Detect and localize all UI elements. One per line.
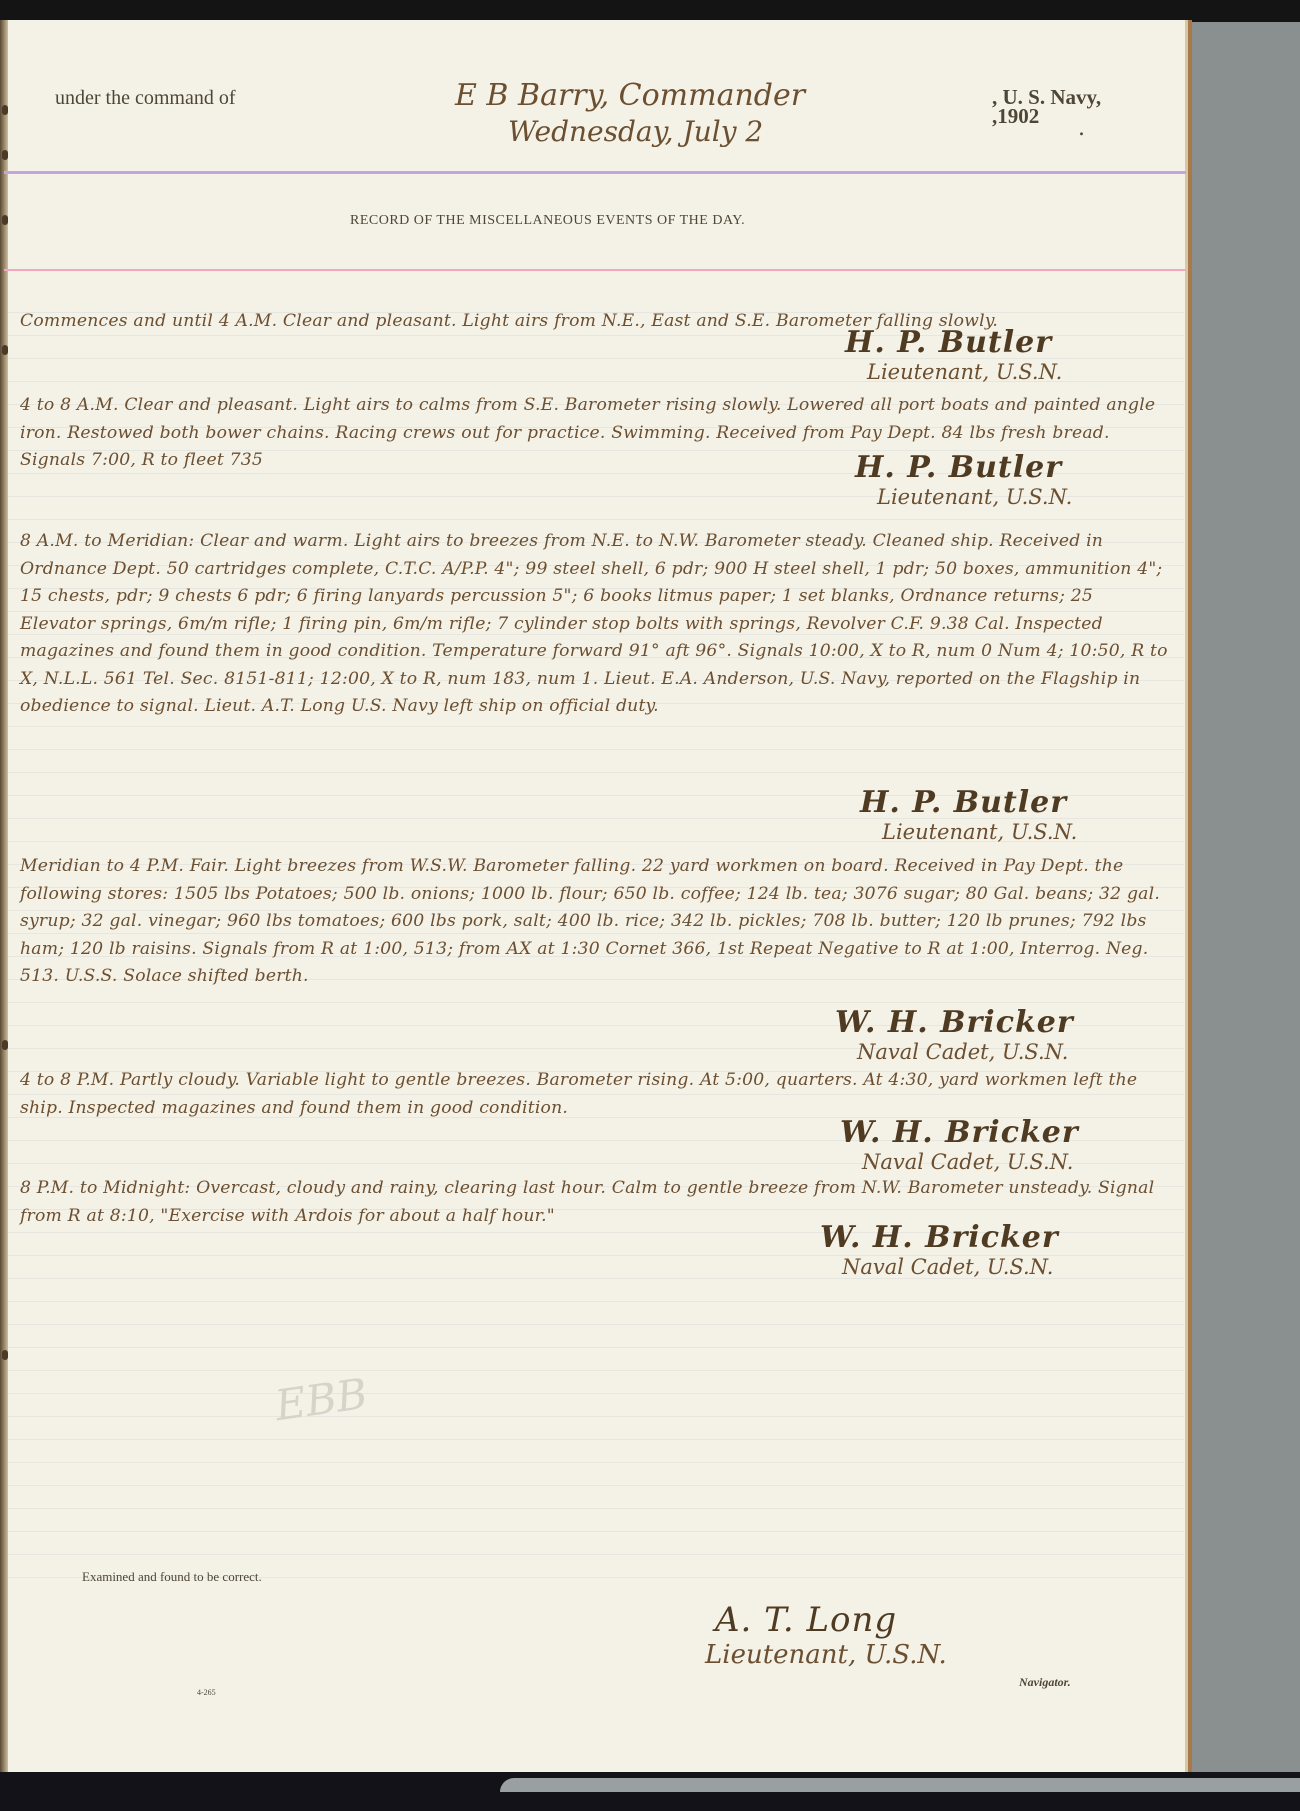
watch-signature: W. H. Bricker Naval Cadet, U.S.N. <box>835 1005 1074 1064</box>
navigator-name: A. T. Long <box>715 1600 947 1640</box>
top-shadow <box>0 0 1300 22</box>
signature-name: W. H. Bricker <box>840 1115 1079 1150</box>
header-rule <box>4 171 1186 174</box>
navigator-signature: A. T. Long Lieutenant, U.S.N. <box>705 1600 947 1670</box>
signature-name: W. H. Bricker <box>835 1005 1074 1040</box>
signature-name: H. P. Butler <box>845 325 1062 360</box>
signature-name: W. H. Bricker <box>820 1220 1059 1255</box>
navigator-rank: Lieutenant, U.S.N. <box>705 1640 947 1670</box>
watch-signature: H. P. Butler Lieutenant, U.S.N. <box>855 450 1072 509</box>
watch-signature: H. P. Butler Lieutenant, U.S.N. <box>845 325 1062 384</box>
year-label: ,1902 <box>992 104 1039 129</box>
under-page <box>500 1778 1300 1792</box>
watch-signature: W. H. Bricker Naval Cadet, U.S.N. <box>820 1220 1059 1279</box>
watch-entry: 4 to 8 P.M. Partly cloudy. Variable ligh… <box>20 1067 1170 1122</box>
signature-rank: Lieutenant, U.S.N. <box>882 820 1077 844</box>
command-label: under the command of <box>55 87 236 110</box>
year-dot: . <box>1078 116 1085 141</box>
watch-entry: Meridian to 4 P.M. Fair. Light breezes f… <box>20 853 1170 991</box>
binding-edge <box>0 20 8 1778</box>
log-date: Wednesday, July 2 <box>508 115 763 148</box>
watch-entry: 8 A.M. to Meridian: Clear and warm. Ligh… <box>20 528 1170 721</box>
signature-rank: Naval Cadet, U.S.N. <box>862 1150 1079 1174</box>
section-rule <box>4 269 1186 271</box>
signature-rank: Naval Cadet, U.S.N. <box>857 1040 1074 1064</box>
signature-name: H. P. Butler <box>855 450 1072 485</box>
commander-name: E B Barry, Commander <box>455 78 805 113</box>
navigator-label: Navigator. <box>1019 1675 1071 1690</box>
signature-name: H. P. Butler <box>860 785 1077 820</box>
signature-rank: Lieutenant, U.S.N. <box>867 360 1062 384</box>
examined-label: Examined and found to be correct. <box>82 1569 262 1585</box>
signature-rank: Lieutenant, U.S.N. <box>877 485 1072 509</box>
form-number: 4-265 <box>197 1688 216 1697</box>
watch-signature: W. H. Bricker Naval Cadet, U.S.N. <box>840 1115 1079 1174</box>
watch-signature: H. P. Butler Lieutenant, U.S.N. <box>860 785 1077 844</box>
signature-rank: Naval Cadet, U.S.N. <box>842 1255 1059 1279</box>
section-title: RECORD OF THE MISCELLANEOUS EVENTS OF TH… <box>350 213 745 229</box>
